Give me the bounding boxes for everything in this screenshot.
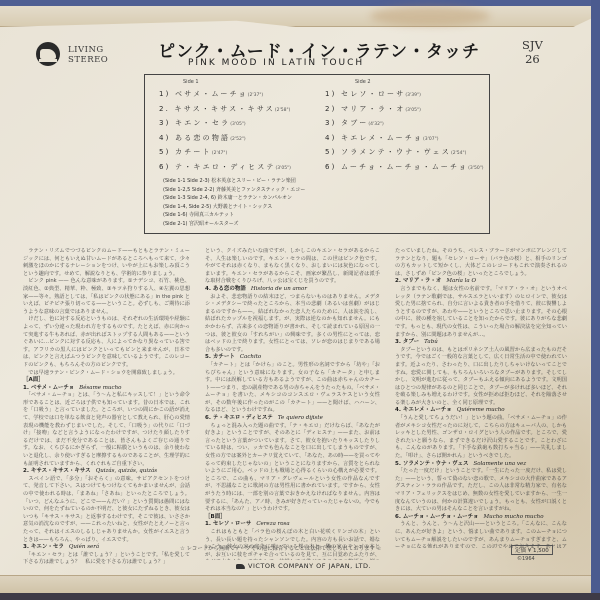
- paragraph: という、クイズみたいな曲ですが、しかしこのキエン・セラがあるからこそ、人生は楽し…: [205, 248, 380, 286]
- brand-line1: LIVING: [68, 45, 108, 55]
- performer-credits: (Side 1-1 Side 2-3) 松本英彦とスリー・ピー・ラテン楽団(Si…: [163, 177, 305, 229]
- track-row: 4) キエレメ・ムーチョ(3'07"): [325, 133, 438, 143]
- section-title: 5. ソラメンテ・ウナ・ヴェス: [395, 461, 468, 467]
- track-number: 1): [325, 90, 341, 98]
- track-number: 6): [159, 163, 175, 171]
- track-row: 2. キサス・キサス・キサス(2'58"): [159, 104, 290, 114]
- track-row: 5) ソラメンテ・ウナ・ヴェス(2'54"): [325, 147, 466, 157]
- paragraph: ラテン・リズムでつづるピンクのムード——もともとラテン・ミュージックには、何とも…: [23, 248, 190, 278]
- paragraph: たっていましたね。そのうち、ペレス・プラードがマンボにアレンジしてラテンとなり、…: [395, 248, 567, 278]
- credit-line: (Side 2-1) 宮沢昭オールスターズ: [163, 220, 305, 229]
- track-duration: (4'32"): [368, 122, 383, 127]
- track-title: ソラメンテ・ウナ・ヴェス: [341, 148, 451, 156]
- section-latin-title: Cachito: [240, 354, 261, 360]
- section-title: 2. キサス・キサス・キサス: [23, 468, 91, 474]
- section-title: 1. セレソ・ローサ: [205, 521, 251, 527]
- track-duration: (3'50"): [468, 166, 483, 171]
- section-body: 「キエン・セラ」とは「誰でしょう？」ということです。「私を愛して下さる方は誰でし…: [23, 552, 190, 567]
- track-title: キサス・キサス・キサス: [175, 105, 275, 113]
- section-title: 3. キエン・セラ: [23, 544, 64, 550]
- copy-warning: ☆ レコードから無断でテープその他に録音することは法律で禁じられております ☆: [180, 544, 382, 552]
- section-title: 6. ムーチョ・ムーチョ・ムーチョ: [395, 514, 479, 520]
- section-title: 6. テ・キエロ・ディヒステ: [205, 415, 273, 421]
- track-row: 1) ベサメ・ムーチョ(2'37"): [159, 89, 263, 99]
- credit-line: (Side 1-4, Side 2-5) 大野義とナイト・シックス: [163, 203, 305, 212]
- track-number: 3): [325, 119, 341, 127]
- section-body: 「ベサメ・ムーチョ」とは、「う〜んと私にキッスして！」という命令形であることは、…: [23, 392, 190, 468]
- background-surface: [0, 593, 600, 600]
- credit-line: (Side 1-1 Side 2-3) 松本英彦とスリー・ピー・ラテン楽団: [163, 177, 305, 186]
- section-heading: 2. マリア・ラ・オMaría la O: [395, 278, 567, 286]
- section-title: 2. マリア・ラ・オ: [395, 278, 441, 284]
- section-heading: 4. ある恋の物語Historia de un amor: [205, 286, 380, 294]
- track-row: 6) テ・キエロ・ディヒステ(3'05"): [159, 162, 291, 172]
- section-latin-title: Te quiero dijiste: [278, 415, 323, 421]
- paragraph: ピンク pink —— 色んな意味があります。①ナデシコ、石竹、桃色、淡紅色、②…: [23, 278, 190, 316]
- catalog-number: SJV 26: [522, 38, 543, 66]
- section-heading: 1. セレソ・ローサCereza rosa: [205, 521, 380, 529]
- company-line: VICTOR COMPANY OF JAPAN, LTD.: [236, 562, 371, 570]
- side2-label: Side 2: [355, 79, 371, 85]
- track-row: 6) ムーチョ・ムーチョ・ムーチョ(3'50"): [325, 162, 484, 172]
- track-title: カチート: [175, 148, 212, 156]
- track-duration: (3'39"): [405, 93, 420, 98]
- section-body: 「たった一度だけ」ということです。「一生にたった一度だけ、私は愛した」——という…: [395, 468, 567, 514]
- stain-mark: [370, 6, 490, 26]
- track-row: 4) ある恋の物語(2'52"): [159, 133, 246, 143]
- track-number: 5): [325, 148, 341, 156]
- section-latin-title: Mucho mucho mucho: [484, 514, 544, 520]
- track-row: 1) セレソ・ローサ(3'39"): [325, 89, 421, 99]
- section-heading: 5. カチートCachito: [205, 354, 380, 362]
- track-row: 2) マリア・ラ・オ(3'05"): [325, 104, 421, 114]
- price-label: 定価 ¥ 1,500: [511, 545, 553, 555]
- section-heading: 3. キエン・セラQuién será: [23, 544, 190, 552]
- section-latin-title: Quizás, quizás, quizás: [96, 468, 157, 474]
- track-number: 4): [159, 134, 175, 142]
- catalog-prefix: SJV: [522, 38, 543, 52]
- track-number: 2): [325, 105, 341, 113]
- track-duration: (2'47"): [212, 151, 227, 156]
- track-row: 5) カチート(2'47"): [159, 147, 227, 157]
- section-body: 「うんと愛してちょうだい！」という題の曲。「ベサメ・ムーチョ」の作者がメキシコ女…: [395, 415, 567, 461]
- credit-line: (Side 1-3 Side 2-4, 6) 鈴木庸一とラテン・カンパルオン: [163, 194, 305, 203]
- sleeve-bottom-edge: [0, 575, 591, 594]
- section-latin-title: Cereza rosa: [256, 521, 289, 527]
- track-title: キエレメ・ムーチョ: [341, 134, 423, 142]
- track-number: 6): [325, 163, 341, 171]
- track-number: 1): [159, 90, 175, 98]
- album-title-english: PINK MOOD IN LATIN TOUCH: [188, 58, 364, 68]
- section-latin-title: Tabú: [424, 339, 438, 345]
- section-heading: 2. キサス・キサス・キサスQuizás, quizás, quizás: [23, 468, 190, 476]
- section-latin-title: Bésame mucho: [79, 385, 121, 391]
- track-duration: (3'07"): [423, 137, 438, 142]
- section-latin-title: Historia de un amor: [251, 286, 307, 292]
- nipper-dog-icon: [236, 564, 245, 569]
- section-body: スペイン語で、「多分」「おそらく」の意味。サビアクセントをつけて、発音して下さい…: [23, 476, 190, 544]
- section-title: 5. カチート: [205, 354, 235, 360]
- sleeve-top-edge: [0, 6, 591, 27]
- catalog-num: 26: [522, 52, 543, 66]
- section-latin-title: María la O: [446, 278, 476, 284]
- copyright: ©1964: [517, 556, 535, 562]
- track-title: キエン・セラ: [175, 119, 230, 127]
- track-number: 3): [159, 119, 175, 127]
- nipper-dog-gramophone-icon: [36, 42, 60, 66]
- track-title: タブー: [341, 119, 368, 127]
- track-title: ムーチョ・ムーチョ・ムーチョ: [341, 163, 468, 171]
- company-name: VICTOR COMPANY OF JAPAN, LTD.: [248, 562, 371, 570]
- track-duration: (3'05"): [230, 122, 245, 127]
- brand-label: LIVING STEREO: [68, 45, 108, 65]
- credit-line: (Side 1-2,5 Side 2-2) 斉藤英美とファンタスティック・エコー: [163, 186, 305, 195]
- section-latin-title: Quién será: [69, 544, 99, 550]
- section-latin-title: Solamente una vez: [473, 461, 526, 467]
- track-duration: (3'05"): [405, 108, 420, 113]
- section-heading: 4. キエレメ・ムーチョQuiéreme mucho: [395, 407, 567, 415]
- track-title: ある恋の物語: [175, 134, 230, 142]
- track-row: 3) キエン・セラ(3'05"): [159, 118, 246, 128]
- credit-line: (Side 1-6) 寺岡真三カルテット: [163, 211, 305, 220]
- paragraph: けだし、色に対する反応というものは、それぞれの生活環境や経験によって、ずい分違っ…: [23, 316, 190, 369]
- track-duration: (2'52"): [230, 137, 245, 142]
- liner-notes-column-3: たっていましたね。そのうち、ペレス・プラードがマンボにアレンジしてラテンとなり、…: [395, 248, 567, 548]
- section-title: 1. ベサメ・ムーチョ: [23, 385, 74, 391]
- record-sleeve-back: LIVING STEREO ピンク・ムード・イン・ラテン・タッチ PINK MO…: [0, 0, 600, 600]
- track-number: 4): [325, 134, 341, 142]
- track-duration: (2'54"): [451, 151, 466, 156]
- section-body: ちょっと混み入った題の曲です。「テ・キエロ」だけならば、「あなたが好きよ」という…: [205, 423, 380, 514]
- background-cloth-right: [591, 0, 600, 600]
- track-title: セレソ・ローサ: [341, 90, 405, 98]
- track-row: 3) タブー(4'32"): [325, 118, 384, 128]
- liner-notes-column-2: という、クイズみたいな曲ですが、しかしこのキエン・セラがあるからこそ、人生は楽し…: [205, 248, 380, 560]
- track-title: テ・キエロ・ディヒステ: [175, 163, 276, 171]
- section-body: およそ、悲恋物語りの結末ほど、つまらないものはありません。メデタシ・メデタシーで…: [205, 294, 380, 355]
- section-title: 3. タブー: [395, 339, 419, 345]
- section-heading: 3. タブーTabú: [395, 339, 567, 347]
- track-duration: (3'05"): [276, 166, 291, 171]
- background-cloth: [0, 0, 600, 6]
- brand-line2: STEREO: [68, 55, 108, 65]
- track-title: マリア・ラ・オ: [341, 105, 405, 113]
- section-latin-title: Quiéreme mucho: [457, 407, 505, 413]
- section-body: タブーというのは、もとはポリネシア土人の風習から広まったものだそうです。今ではご…: [395, 347, 567, 408]
- liner-notes-column-1: ラテン・リズムでつづるピンクのムード——もともとラテン・ミュージックには、何とも…: [23, 248, 190, 573]
- paragraph: では早速ラテン・ピンク・ムード・ショウを開幕致しましょう。: [23, 370, 190, 378]
- section-heading: 6. テ・キエロ・ディヒステTe quiero dijiste: [205, 415, 380, 423]
- tracklist-box: Side 1 Side 2 1) ベサメ・ムーチョ(2'37")2. キサス・キ…: [144, 74, 490, 234]
- section-body: 「カチート」とは「かけら」のこと。男性形の名詞ですから「坊や」「おちびちゃん」と…: [205, 362, 380, 415]
- section-title: 4. キエレメ・ムーチョ: [395, 407, 452, 413]
- track-number: 2.: [159, 105, 175, 113]
- section-body: 言うまでもなく、題は女性の名前です。「マリア・ラ・オ」というオペレッタ（ラテン歌…: [395, 286, 567, 339]
- track-duration: (2'58"): [275, 108, 290, 113]
- side1-label: Side 1: [183, 79, 199, 85]
- track-title: ベサメ・ムーチョ: [175, 90, 248, 98]
- section-title: 4. ある恋の物語: [205, 286, 246, 292]
- track-duration: (2'37"): [248, 93, 263, 98]
- section-body: うんと、うんと、う〜んと沢山——というところ。「こんなに、こんなに、あんたが好き…: [395, 521, 567, 548]
- track-number: 5): [159, 148, 175, 156]
- side-heading: ［A面］: [23, 377, 190, 385]
